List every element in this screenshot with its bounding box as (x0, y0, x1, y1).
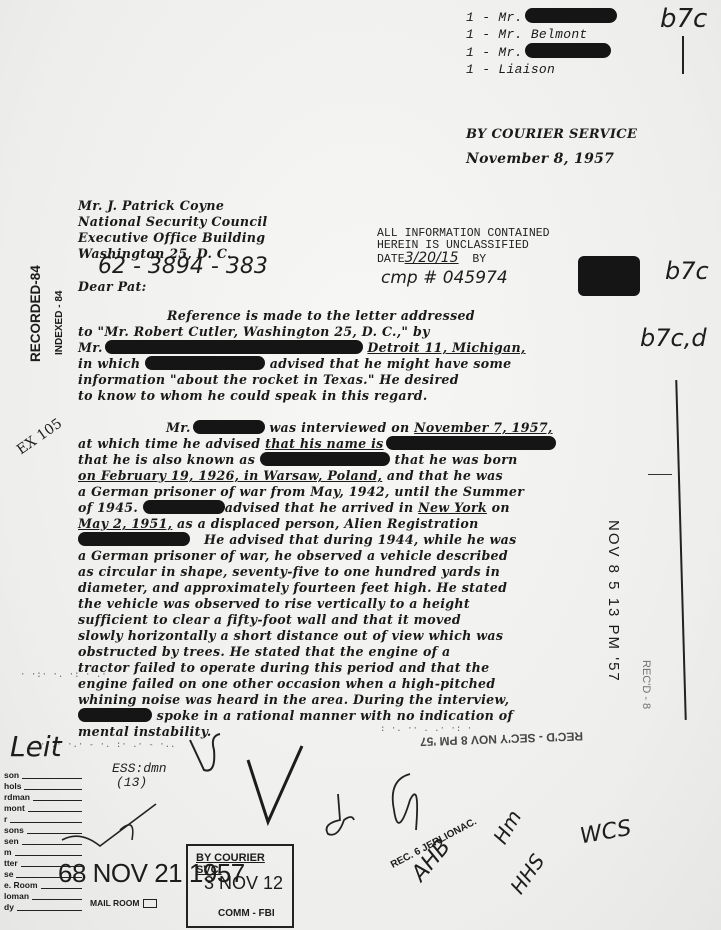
exemption-note: b7c,d (640, 324, 707, 352)
redaction (525, 43, 611, 58)
body-line: spoke in a rational manner with no indic… (78, 708, 513, 723)
body-line: that he is also known as that he was bor… (78, 452, 518, 467)
declassification-stamp: ALL INFORMATION CONTAINED HEREIN IS UNCL… (377, 228, 550, 266)
body-line: to "Mr. Robert Cutler, Washington 25, D.… (78, 324, 430, 339)
ex-stamp: EX 105 (14, 416, 65, 459)
letter-date: November 8, 1957 (466, 151, 614, 167)
enclosure-count: (13) (116, 775, 147, 790)
handwritten-initials: HHS (505, 850, 549, 899)
signature-mark (186, 730, 226, 780)
pen-mark (648, 474, 672, 475)
mail-room-checkbox: MAIL ROOM (90, 898, 157, 908)
salutation: Dear Pat: (78, 279, 147, 294)
body-line: Mr. was interviewed on November 7, 1957, (166, 420, 553, 435)
time-stamp: NOV 8 5 13 PM '57 (605, 520, 622, 683)
body-line: at which time he advised that his name i… (78, 436, 556, 451)
indexed-stamp: INDEXED - 84 (54, 291, 65, 355)
redaction (386, 436, 556, 450)
body-line: engine failed on one other occasion when… (78, 676, 495, 691)
redaction (260, 452, 390, 466)
distribution-list: 1 - Mr. 1 - Mr. Belmont 1 - Mr. 1 - Liai… (466, 8, 617, 78)
body-line: of 1945. advised that he arrived in New … (78, 500, 510, 515)
declass-date: 3/20/15 (405, 250, 459, 266)
copy-noise: · ·:· ·. ·: · .· (20, 670, 107, 680)
redaction (143, 500, 225, 514)
body-line: whining noise was heard in the area. Dur… (78, 692, 509, 707)
handwritten-initials: WCS (578, 816, 633, 850)
checkbox (143, 899, 157, 908)
courier-stamp: BY COURIER SVC. 3 NOV 12 COMM - FBI (186, 844, 294, 928)
body-line: to know to whom he could speak in this r… (78, 388, 428, 403)
addressee-block: Mr. J. Patrick Coyne National Security C… (78, 198, 268, 262)
redaction (105, 340, 363, 354)
routing-item: sons (4, 825, 82, 836)
distribution-line: 1 - Mr. (466, 43, 617, 61)
addressee-building: Executive Office Building (78, 230, 268, 246)
body-line: Mr. Detroit 11, Michigan, (78, 340, 526, 355)
distribution-line: 1 - Mr. (466, 8, 617, 26)
body-line: on February 19, 1926, in Warsaw, Poland,… (78, 468, 503, 483)
redaction (78, 532, 190, 546)
exemption-note: b7c (665, 257, 709, 285)
body-line: information "about the rocket in Texas."… (78, 372, 459, 387)
redaction (578, 256, 640, 296)
routing-item: loman (4, 891, 82, 902)
routing-item: mont (4, 803, 82, 814)
body-line: the vehicle was observed to rise vertica… (78, 596, 470, 611)
routing-item: hols (4, 781, 82, 792)
case-number: cmp # 045974 (381, 268, 508, 288)
body-line: a German prisoner of war from May, 1942,… (78, 484, 524, 499)
body-line: sufficient to clear a fifty-foot wall an… (78, 612, 461, 627)
body-line: tractor failed to operate during this pe… (78, 660, 489, 675)
pen-mark (682, 36, 684, 74)
distribution-line: 1 - Liaison (466, 61, 617, 78)
routing-item: rdman (4, 792, 82, 803)
routing-item: sen (4, 836, 82, 847)
check-mark-icon (240, 740, 310, 830)
body-line: May 2, 1951, as a displaced person, Alie… (78, 516, 479, 531)
routing-list: son hols rdman mont r sons sen m tter se… (4, 770, 82, 913)
handwritten-file-number: 62 - 3894 - 383 (98, 254, 268, 279)
body-line: in which advised that he might have some (78, 356, 511, 371)
routing-item: son (4, 770, 82, 781)
signature-mark (380, 770, 430, 850)
body-line: a German prisoner of war, he observed a … (78, 548, 508, 563)
body-line: slowly horizontally a short distance out… (78, 628, 503, 643)
redaction (525, 8, 617, 23)
redaction (193, 420, 265, 434)
handwritten-initials: Hm (488, 806, 526, 848)
signature-mark (318, 790, 358, 840)
body-line: Reference is made to the letter addresse… (167, 308, 475, 323)
typist-initials: ESS:dmn (112, 761, 167, 776)
exemption-note: b7c (660, 4, 707, 34)
body-line: He advised that during 1944, while he wa… (78, 532, 517, 547)
body-line: diameter, and approximately fourteen fee… (78, 580, 507, 595)
addressee-org: National Security Council (78, 214, 268, 230)
routing-item: dy (4, 902, 82, 913)
distribution-line: 1 - Mr. Belmont (466, 26, 617, 43)
document-page: 1 - Mr. 1 - Mr. Belmont 1 - Mr. 1 - Liai… (0, 0, 721, 930)
redaction (145, 356, 265, 370)
routing-item: m (4, 847, 82, 858)
body-line: obstructed by trees. He stated that the … (78, 644, 451, 659)
delivery-method: BY COURIER SERVICE (466, 127, 637, 142)
handwritten-note: Leit (10, 730, 62, 763)
recorded-stamp: RECORDED-84 (28, 265, 43, 362)
routing-item: r (4, 814, 82, 825)
received-stamp-vertical: REC'D - 8 (640, 660, 652, 709)
redaction (78, 708, 152, 722)
body-line: as circular in shape, seventy-five to on… (78, 564, 500, 579)
addressee-name: Mr. J. Patrick Coyne (78, 198, 268, 214)
margin-pen-line (675, 380, 686, 720)
